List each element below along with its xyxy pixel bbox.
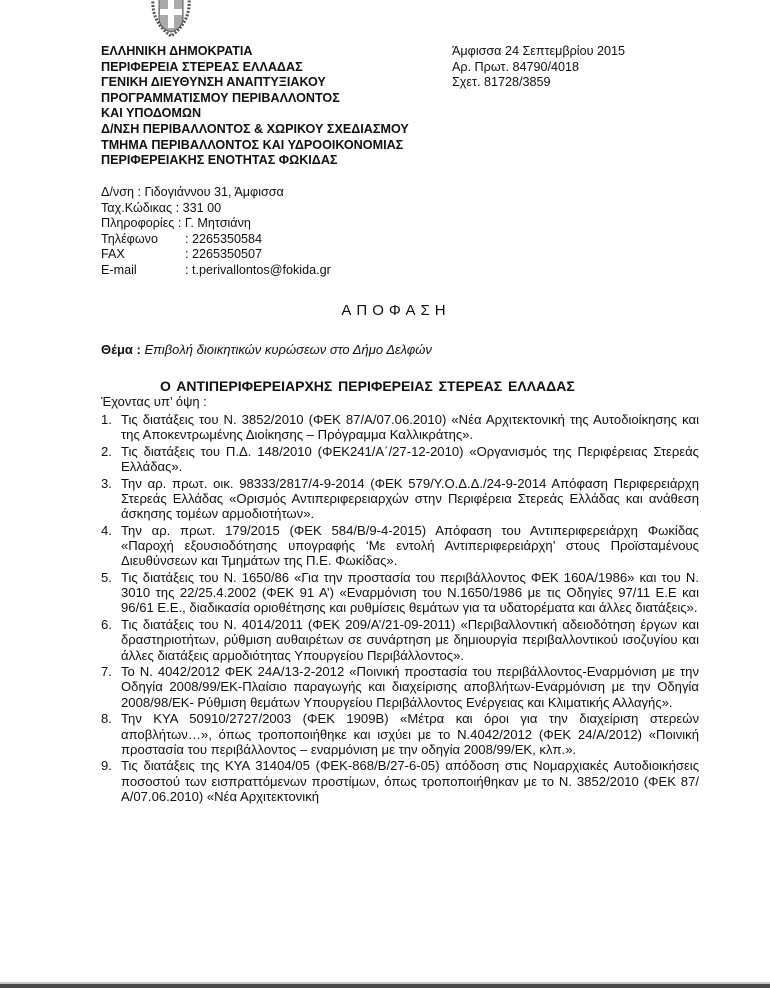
header-line: Δ/ΝΣΗ ΠΕΡΙΒΑΛΛΟΝΤΟΣ & ΧΩΡΙΚΟΥ ΣΧΕΔΙΑΣΜΟΥ [101, 122, 409, 138]
authority-heading: Ο ΑΝΤΙΠΕΡΙΦΕΡΕΙΑΡΧΗΣ ΠΕΡΙΦΕΡΕΙΑΣ ΣΤΕΡΕΑΣ… [160, 378, 575, 394]
item-number: 4. [101, 523, 121, 569]
item-text: Τις διατάξεις της ΚΥΑ 31404/05 (ΦΕΚ-868/… [121, 758, 699, 804]
item-number: 8. [101, 711, 121, 757]
contact-block: Δ/νση : Γιδογιάννου 31, Άμφισσα Ταχ.Κώδι… [101, 185, 331, 279]
information-contact: Πληροφορίες : Γ. Μητσιάνη [101, 216, 331, 232]
considerations-intro: Έχοντας υπ’ όψη : [101, 394, 207, 409]
item-text: Τις διατάξεις του Ν. 3852/2010 (ΦΕΚ 87/Α… [121, 412, 699, 442]
header-line: ΠΕΡΙΦΕΡΕΙΑ ΣΤΕΡΕΑΣ ΕΛΛΑΔΑΣ [101, 60, 409, 76]
fax-row: FAX : 2265350507 [101, 247, 331, 263]
item-number: 2. [101, 444, 121, 474]
item-text: Τις διατάξεις του Π.Δ. 148/2010 (ΦΕΚ241/… [121, 444, 699, 474]
list-item: 7.Το Ν. 4042/2012 ΦΕΚ 24Α/13-2-2012 «Ποι… [101, 664, 699, 710]
item-number: 9. [101, 758, 121, 804]
item-number: 1. [101, 412, 121, 442]
item-number: 7. [101, 664, 121, 710]
list-item: 5.Τις διατάξεις του Ν. 1650/86 «Για την … [101, 570, 699, 616]
issuing-authority-header: ΕΛΛΗΝΙΚΗ ΔΗΜΟΚΡΑΤΙΑ ΠΕΡΙΦΕΡΕΙΑ ΣΤΕΡΕΑΣ Ε… [101, 44, 409, 169]
address: Δ/νση : Γιδογιάννου 31, Άμφισσα [101, 185, 331, 201]
greek-coat-of-arms-icon [147, 0, 195, 40]
item-number: 6. [101, 617, 121, 663]
list-item: 1.Τις διατάξεις του Ν. 3852/2010 (ΦΕΚ 87… [101, 412, 699, 442]
postal-code: Ταχ.Κώδικας : 331 00 [101, 201, 331, 217]
header-line: ΠΕΡΙΦΕΡΕΙΑΚΗΣ ΕΝΟΤΗΤΑΣ ΦΩΚΙΔΑΣ [101, 153, 409, 169]
date-place: Άμφισσα 24 Σεπτεμβρίου 2015 [452, 44, 625, 60]
header-line: ΠΡΟΓΡΑΜΜΑΤΙΣΜΟΥ ΠΕΡΙΒΑΛΛΟΝΤΟΣ [101, 91, 409, 107]
item-number: 5. [101, 570, 121, 616]
subject-line: Θέμα : Επιβολή διοικητικών κυρώσεων στο … [101, 342, 432, 357]
phone-label: Τηλέφωνο [101, 232, 185, 248]
header-line: ΤΜΗΜΑ ΠΕΡΙΒΑΛΛΟΝΤΟΣ ΚΑΙ ΥΔΡΟΟΙΚΟΝΟΜΙΑΣ [101, 138, 409, 154]
item-text: Τις διατάξεις του Ν. 4014/2011 (ΦΕΚ 209/… [121, 617, 699, 663]
protocol-number: Αρ. Πρωτ. 84790/4018 [452, 60, 625, 76]
considerations-list: 1.Τις διατάξεις του Ν. 3852/2010 (ΦΕΚ 87… [101, 412, 699, 806]
list-item: 8.Την ΚΥΑ 50910/2727/2003 (ΦΕΚ 1909Β) «Μ… [101, 711, 699, 757]
subject-label: Θέμα : [101, 342, 144, 357]
item-text: Την αρ. πρωτ. 179/2015 (ΦΕΚ 584/Β/9-4-20… [121, 523, 699, 569]
list-item: 3.Την αρ. πρωτ. οικ. 98333/2817/4-9-2014… [101, 476, 699, 522]
phone-row: Τηλέφωνο : 2265350584 [101, 232, 331, 248]
list-item: 9.Τις διατάξεις της ΚΥΑ 31404/05 (ΦΕΚ-86… [101, 758, 699, 804]
document-title: ΑΠΟΦΑΣΗ [0, 302, 770, 319]
email-row: E-mail : t.perivallontos@fokida.gr [101, 263, 331, 279]
phone-value: : 2265350584 [185, 232, 262, 248]
email-value: : t.perivallontos@fokida.gr [185, 263, 331, 279]
related-number: Σχετ. 81728/3859 [452, 75, 625, 91]
list-item: 6.Τις διατάξεις του Ν. 4014/2011 (ΦΕΚ 20… [101, 617, 699, 663]
fax-label: FAX [101, 247, 185, 263]
page-bottom-edge [0, 982, 770, 988]
header-line: ΚΑΙ ΥΠΟΔΟΜΩΝ [101, 106, 409, 122]
item-text: Τις διατάξεις του Ν. 1650/86 «Για την πρ… [121, 570, 699, 616]
item-number: 3. [101, 476, 121, 522]
list-item: 2.Τις διατάξεις του Π.Δ. 148/2010 (ΦΕΚ24… [101, 444, 699, 474]
document-reference: Άμφισσα 24 Σεπτεμβρίου 2015 Αρ. Πρωτ. 84… [452, 44, 625, 91]
header-line: ΓΕΝΙΚΗ ΔΙΕΥΘΥΝΣΗ ΑΝΑΠΤΥΞΙΑΚΟΥ [101, 75, 409, 91]
item-text: Την αρ. πρωτ. οικ. 98333/2817/4-9-2014 (… [121, 476, 699, 522]
subject-text: Επιβολή διοικητικών κυρώσεων στο Δήμο Δε… [144, 342, 431, 357]
fax-value: : 2265350507 [185, 247, 262, 263]
email-label: E-mail [101, 263, 185, 279]
item-text: Το Ν. 4042/2012 ΦΕΚ 24Α/13-2-2012 «Ποινι… [121, 664, 699, 710]
header-line: ΕΛΛΗΝΙΚΗ ΔΗΜΟΚΡΑΤΙΑ [101, 44, 409, 60]
list-item: 4.Την αρ. πρωτ. 179/2015 (ΦΕΚ 584/Β/9-4-… [101, 523, 699, 569]
item-text: Την ΚΥΑ 50910/2727/2003 (ΦΕΚ 1909Β) «Μέτ… [121, 711, 699, 757]
